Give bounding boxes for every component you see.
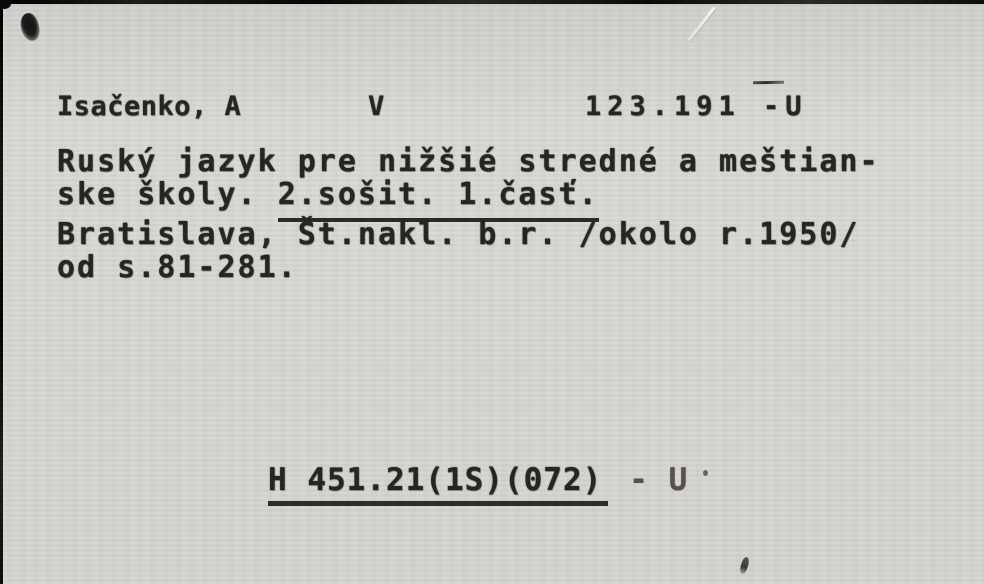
volume-letter: V [368, 91, 385, 122]
scan-corner-mark [0, 0, 11, 9]
title-line-1: Ruský jazyk pre nižšié stredné a meštian… [57, 144, 880, 179]
author-name: Isačenko, A [57, 91, 241, 122]
scan-edge-left [0, 0, 3, 584]
extent-line: od s.81-281. [57, 250, 298, 285]
imprint-line: Bratislava, Št.nakl. b.r. /okolo r.1950/ [57, 217, 859, 252]
title-line-2-prefix: ske školy. [57, 177, 278, 212]
pencil-dot [703, 470, 708, 476]
catalog-card-scan: Isačenko, A V 123.191 -U Ruský jazyk pre… [0, 0, 984, 584]
classification-number: H 451.21(1S)(072) [268, 462, 608, 506]
classification-suffix: - U [629, 462, 688, 498]
bottom-smudge [739, 556, 750, 574]
title-line-2-edition: 2.sošit. 1.časť. [278, 177, 599, 222]
call-number-overline [753, 81, 784, 85]
call-number: 123.191 -U [585, 91, 808, 122]
scan-edge-top [0, 0, 984, 4]
classification-line: H 451.21(1S)(072)- U [268, 462, 688, 498]
paper-crease [687, 7, 715, 42]
title-line-2: ske školy. 2.sošit. 1.časť. [57, 177, 599, 212]
ink-blob [17, 11, 42, 43]
